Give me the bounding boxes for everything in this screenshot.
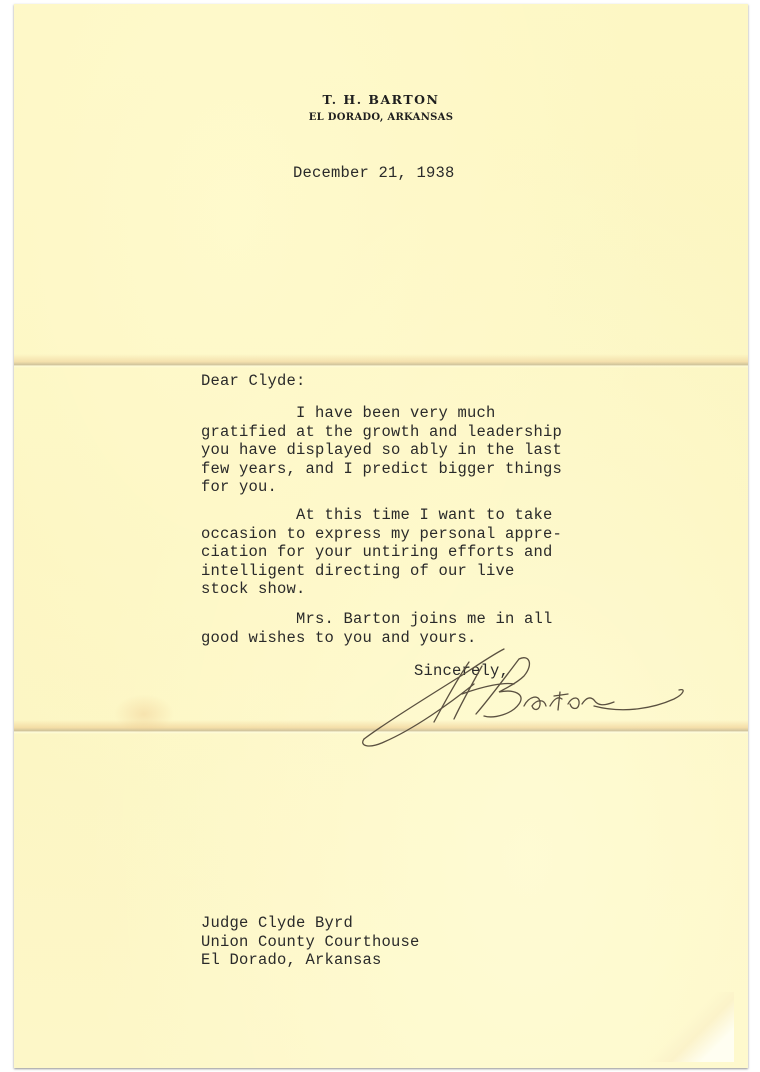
- letter-page: T. H. BARTON EL DORADO, ARKANSAS Decembe…: [14, 4, 748, 1068]
- letter-date: December 21, 1938: [293, 164, 455, 183]
- recipient-address: Judge Clyde Byrd Union County Courthouse…: [201, 914, 420, 970]
- paper-corner-curl: [644, 992, 734, 1062]
- body-paragraph-1: I have been very much gratified at the g…: [201, 404, 562, 497]
- fold-line-upper: [14, 354, 748, 368]
- salutation: Dear Clyde:: [201, 372, 306, 391]
- letterhead-name: T. H. BARTON: [14, 92, 748, 107]
- body-paragraph-3: Mrs. Barton joins me in all good wishes …: [201, 610, 553, 647]
- signature-icon: [354, 644, 714, 754]
- paper-stain: [114, 694, 174, 734]
- body-paragraph-2: At this time I want to take occasion to …: [201, 506, 562, 599]
- letterhead-location: EL DORADO, ARKANSAS: [14, 112, 748, 123]
